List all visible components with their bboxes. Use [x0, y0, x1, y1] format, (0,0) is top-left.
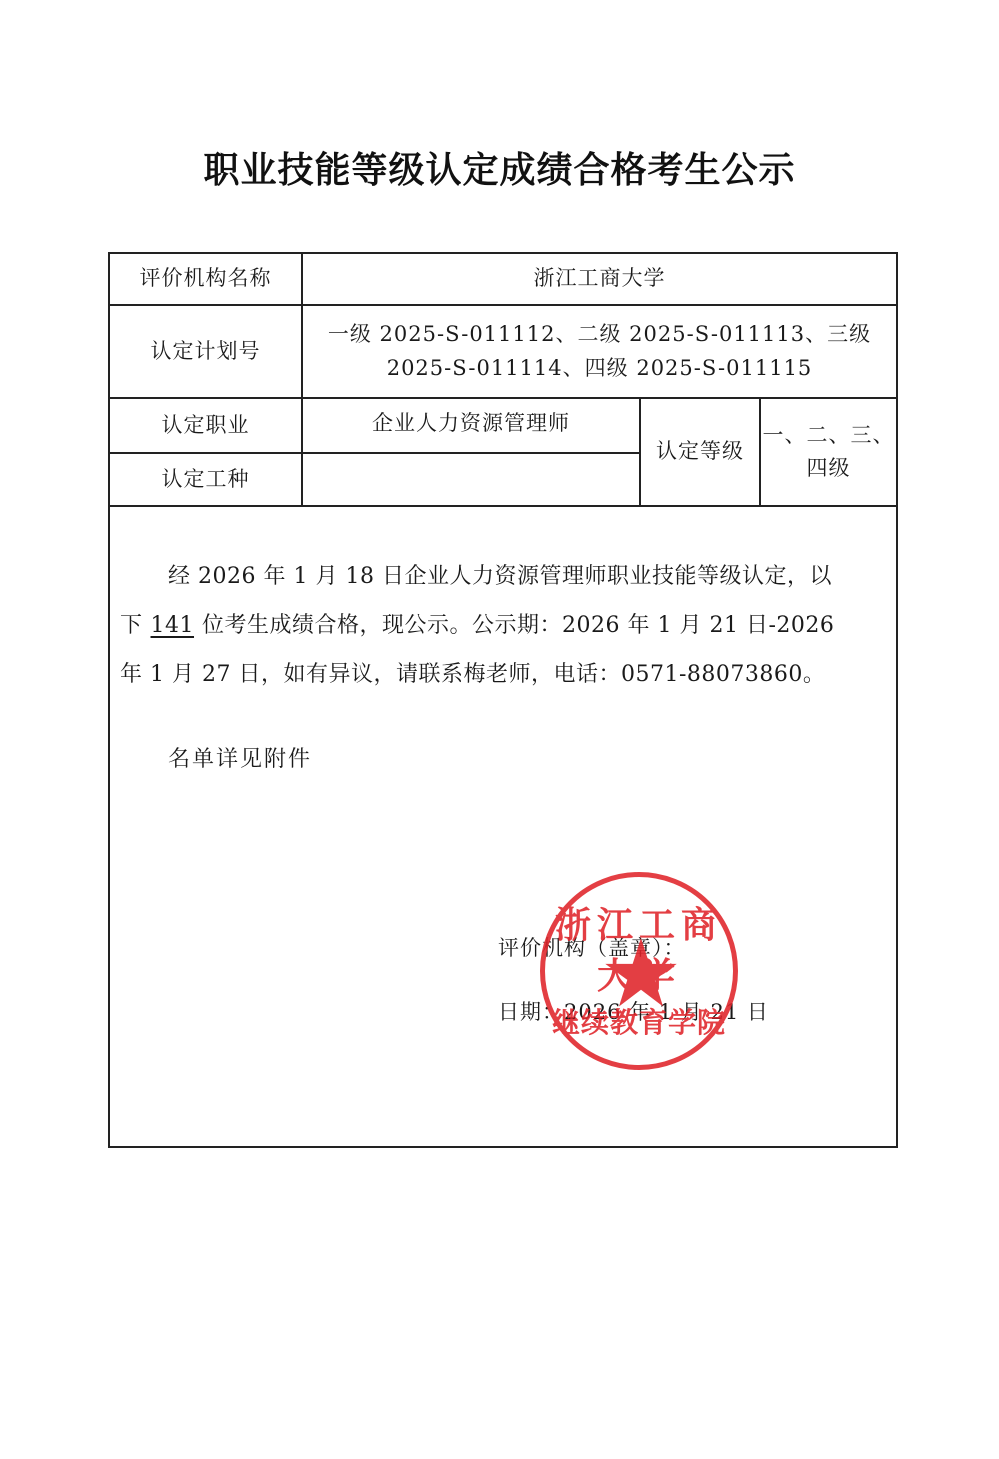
plan-line-1: 一级 2025-S-011112、二级 2025-S-011113、三级 [328, 318, 871, 352]
body-line-2: 下141位考生成绩合格，现公示。公示期：2026 年 1 月 21 日-2026 [120, 601, 890, 650]
occupation-label: 认定职业 [110, 399, 301, 452]
plan-value: 一级 2025-S-011112、二级 2025-S-011113、三级 202… [303, 306, 896, 397]
org-label: 评价机构名称 [110, 254, 301, 304]
attachment-note: 名单详见附件 [168, 742, 312, 773]
official-seal: 浙江工商大学 继续教育学院 [540, 872, 738, 1070]
level-label: 认定等级 [641, 399, 759, 505]
body-line-1: 经 2026 年 1 月 18 日企业人力资源管理师职业技能等级认定，以 [120, 552, 890, 601]
body-line-2-suffix: 位考生成绩合格，现公示。公示期：2026 年 1 月 21 日-2026 [202, 613, 834, 638]
divider [108, 505, 898, 507]
body-line-3: 年 1 月 27 日，如有异议，请联系梅老师，电话：0571-88073860。 [120, 650, 890, 699]
seal-bottom-text: 继续教育学院 [545, 1001, 733, 1041]
star-icon [603, 935, 679, 1011]
page-title: 职业技能等级认定成绩合格考生公示 [0, 142, 999, 193]
candidate-count: 141 [143, 613, 203, 638]
plan-label: 认定计划号 [110, 306, 301, 397]
worktype-value [303, 454, 639, 505]
announcement-body: 经 2026 年 1 月 18 日企业人力资源管理师职业技能等级认定，以 下14… [120, 552, 890, 699]
body-line-2-prefix: 下 [120, 613, 143, 638]
worktype-label: 认定工种 [110, 454, 301, 505]
org-value: 浙江工商大学 [303, 254, 896, 304]
level-value: 一、二、三、 四级 [761, 399, 896, 505]
plan-line-2: 2025-S-011114、四级 2025-S-011115 [387, 352, 813, 386]
occupation-value: 企业人力资源管理师 [303, 399, 639, 452]
level-line-2: 四级 [807, 452, 851, 485]
level-line-1: 一、二、三、 [763, 419, 895, 452]
